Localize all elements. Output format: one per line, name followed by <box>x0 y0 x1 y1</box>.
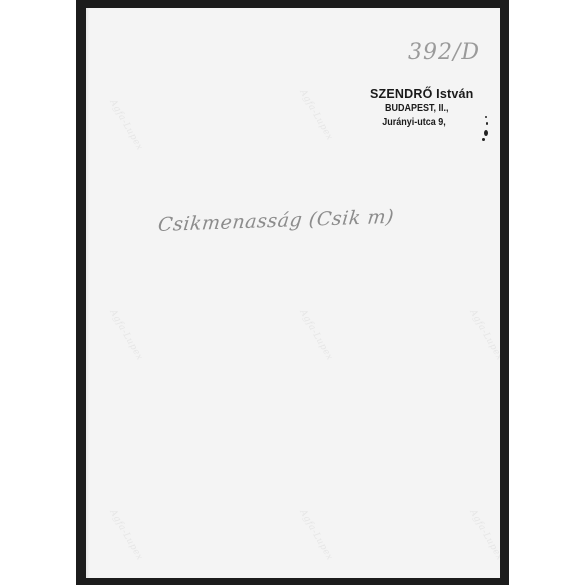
stamp-photographer-name: SZENDRŐ István <box>366 86 496 102</box>
photo-back-paper: Agfa-Lupex Agfa-Lupex Agfa-Lupex Agfa-Lu… <box>86 8 500 578</box>
watermark: Agfa-Lupex <box>107 98 144 152</box>
watermark: Agfa-Lupex <box>467 508 500 562</box>
paper-edge-shadow <box>86 8 90 578</box>
photographer-stamp: SZENDRŐ István BUDAPEST, II., Jurányi-ut… <box>366 86 496 129</box>
watermark: Agfa-Lupex <box>467 308 500 362</box>
stamp-ink-smudge <box>482 116 488 142</box>
watermark: Agfa-Lupex <box>107 308 144 362</box>
stamp-city: BUDAPEST, II., <box>376 102 484 116</box>
watermark: Agfa-Lupex <box>297 508 334 562</box>
photo-frame: Agfa-Lupex Agfa-Lupex Agfa-Lupex Agfa-Lu… <box>76 0 509 585</box>
handwritten-caption: Csikmenasság (Csik m) <box>157 206 395 236</box>
stamp-street: Jurányi-utca 9, <box>366 116 483 129</box>
catalog-number: 392/D <box>408 40 480 65</box>
watermark: Agfa-Lupex <box>297 88 334 142</box>
watermark: Agfa-Lupex <box>107 508 144 562</box>
watermark: Agfa-Lupex <box>297 308 334 362</box>
